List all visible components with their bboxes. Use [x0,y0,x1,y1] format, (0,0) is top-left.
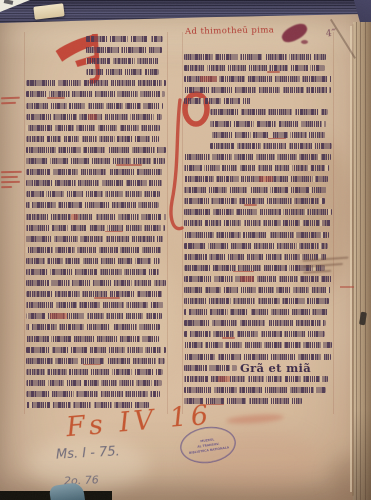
text-line [26,236,163,242]
text-line [210,109,328,115]
text-line [210,121,326,127]
stamp-line-1: MUZEUL [200,438,214,442]
red-underline [268,138,285,140]
red-underline [105,231,123,233]
margin-note-line [1,97,20,100]
text-line [26,103,163,109]
text-line [184,154,331,160]
red-word-highlight [71,214,78,220]
text-line [26,202,159,208]
ruling-line [333,32,334,414]
text-line [26,258,160,264]
margin-note-line [303,269,331,273]
red-underline [267,71,280,73]
text-line [184,287,331,293]
text-line [184,243,328,249]
text-line [210,132,325,138]
text-line [26,247,162,253]
text-line [26,125,160,131]
text-line [184,232,329,238]
text-line [184,76,332,82]
margin-note-top-left [1,97,20,108]
text-line [26,158,165,164]
red-underline [244,204,257,206]
text-line [184,65,325,71]
text-line [86,36,163,42]
text-line [26,180,162,186]
red-word-highlight [259,176,273,182]
text-line [26,214,166,220]
margin-note-right [302,256,353,277]
text-line [184,276,332,282]
lemma-gratia: Grã et miã [240,361,311,375]
red-underline [47,97,65,99]
text-line [184,187,326,193]
red-underline [233,271,254,273]
red-word-highlight [218,376,229,382]
folio-number: 4‴ [326,28,337,39]
margin-note-line [1,181,20,184]
text-line [26,147,166,153]
text-line [26,191,160,197]
text-line [184,198,325,204]
text-line [184,309,328,315]
text-line [184,220,331,226]
text-line [210,143,332,149]
text-line [26,347,166,353]
text-line [26,280,166,286]
text-line [184,98,251,104]
text-line [26,324,160,330]
text-line [184,365,237,371]
text-line [26,114,162,120]
text-line [26,313,162,319]
red-word-highlight [200,76,216,82]
margin-note-line [1,102,16,105]
margin-note-line [1,176,18,179]
text-line [184,387,326,393]
red-word-highlight [50,313,66,319]
text-line [26,380,162,386]
text-column-right: Grã et miã [184,54,332,409]
text-line [184,320,326,326]
margin-note-mid-left [1,171,22,191]
text-line [26,269,159,275]
text-line [184,298,329,304]
ruling-line [24,32,25,414]
text-line [184,54,326,60]
margin-red-tick [340,286,354,288]
text-line [184,176,328,182]
text-line [184,354,331,360]
text-line [26,291,165,297]
text-line [86,69,159,75]
text-line [26,169,163,175]
red-underline [222,337,235,339]
text-line [184,331,325,337]
text-line [26,391,160,397]
text-line [26,336,159,342]
text-line [184,342,332,348]
red-underline [94,297,120,299]
text-line [86,58,160,64]
text-line [184,87,331,93]
margin-note-line [1,186,12,189]
red-word-highlight [240,276,253,282]
manuscript-photo: Ad thimotheū pima 4‴ Grã et miã Fs IV 16… [0,0,371,500]
text-column-left [26,36,166,413]
text-line [26,136,159,142]
text-line [26,302,163,308]
text-line [26,80,166,86]
margin-note-line [303,263,343,268]
text-line [184,165,329,171]
text-line [184,376,328,382]
text-line [26,358,165,364]
text-line [86,47,162,53]
ink-blotch-small [301,40,308,44]
red-underline [116,164,142,166]
red-word-highlight [88,114,96,120]
text-line [184,209,332,215]
red-underline [83,364,101,366]
text-line [26,225,165,231]
text-line [26,369,163,375]
text-line [26,91,165,97]
rubric-heading: Ad thimotheū pima [185,25,295,37]
margin-note-line [1,171,22,174]
fore-edge-shadow [353,410,371,500]
